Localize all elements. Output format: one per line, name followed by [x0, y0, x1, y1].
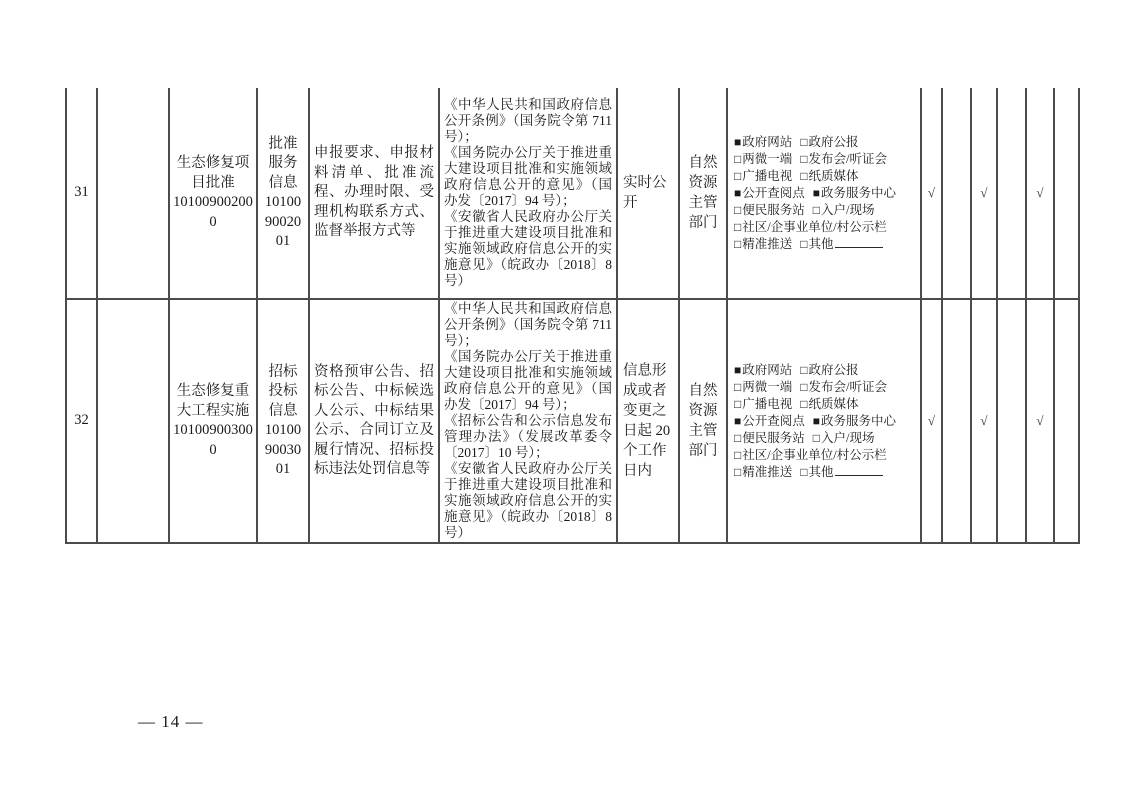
channel-option: □政府公报	[800, 362, 858, 379]
checkbox-checked-icon: ■	[734, 134, 741, 151]
channel-option: □纸质媒体	[800, 168, 858, 185]
checkbox-unchecked-icon: □	[800, 464, 807, 481]
checkbox-unchecked-icon: □	[734, 202, 741, 219]
mark-cell-4	[998, 300, 1027, 544]
blank-underline	[835, 236, 883, 248]
blank-underline	[835, 464, 883, 476]
cell-service-code: 批准服务信息 101009002001	[258, 88, 310, 300]
legal-basis-item: 《招标公告和公示信息发布管理办法》（发展改革委令〔2017〕10 号）；	[444, 413, 612, 461]
cell-sequence-number: 31	[65, 88, 98, 300]
cell-disclosure-timing: 实时公开	[618, 88, 680, 300]
cell-disclosure-channels: ■政府网站□政府公报□两微一端□发布会/听证会□广播电视□纸质媒体■公开查阅点■…	[728, 300, 922, 544]
cell-item-name: 生态修复重大工程实施 101009003000	[170, 300, 258, 544]
channel-option: □精准推送	[734, 236, 792, 253]
channel-option: □精准推送	[734, 464, 792, 481]
channel-line: ■政府网站□政府公报	[734, 362, 917, 379]
channel-line: ■公开查阅点■政务服务中心	[734, 413, 917, 430]
channel-option: ■公开查阅点	[734, 185, 805, 202]
checkbox-unchecked-icon: □	[800, 168, 807, 185]
channel-option: ■政府网站	[734, 134, 792, 151]
channel-option: ■公开查阅点	[734, 413, 805, 430]
channel-option: □入户/现场	[813, 202, 875, 219]
channel-option: ■政府网站	[734, 362, 792, 379]
channel-line: ■公开查阅点■政务服务中心	[734, 185, 917, 202]
legal-basis-item: 《安徽省人民政府办公厅关于推进重大建设项目批准和实施领域政府信息公开的实施意见》…	[444, 209, 612, 289]
cell-sequence-number: 32	[65, 300, 98, 544]
channel-option: □两微一端	[734, 379, 792, 396]
cell-disclosure-content: 资格预审公告、招标公告、中标候选人公示、中标结果公示、合同订立及履行情况、招标投…	[310, 300, 440, 544]
checkbox-unchecked-icon: □	[800, 236, 807, 253]
checkbox-unchecked-icon: □	[800, 396, 807, 413]
channel-line: □社区/企事业单位/村公示栏	[734, 447, 917, 464]
channel-option: □广播电视	[734, 396, 792, 413]
channel-line: □精准推送□其他	[734, 464, 917, 481]
channel-line: ■政府网站□政府公报	[734, 134, 917, 151]
cell-category	[98, 300, 170, 544]
mark-cell-5: √	[1027, 300, 1055, 544]
checkbox-unchecked-icon: □	[734, 236, 741, 253]
channel-line: □社区/企事业单位/村公示栏	[734, 219, 917, 236]
channel-line: □广播电视□纸质媒体	[734, 168, 917, 185]
channel-option: □广播电视	[734, 168, 792, 185]
checkbox-unchecked-icon: □	[734, 396, 741, 413]
mark-cell-3: √	[972, 300, 998, 544]
cell-disclosure-content: 申报要求、申报材料清单、批准流程、办理时限、受理机构联系方式、监督举报方式等	[310, 88, 440, 300]
checkbox-unchecked-icon: □	[734, 447, 741, 464]
channel-option: □便民服务站	[734, 202, 805, 219]
checkbox-unchecked-icon: □	[734, 464, 741, 481]
page-number: — 14 —	[138, 712, 204, 732]
checkbox-unchecked-icon: □	[800, 134, 807, 151]
checkbox-unchecked-icon: □	[734, 430, 741, 447]
channel-option: □其他	[800, 236, 882, 253]
channel-line: □广播电视□纸质媒体	[734, 396, 917, 413]
checkbox-unchecked-icon: □	[800, 151, 807, 168]
checkbox-checked-icon: ■	[734, 362, 741, 379]
mark-cell-5: √	[1027, 88, 1055, 300]
channel-option: □入户/现场	[813, 430, 875, 447]
channel-option: □其他	[800, 464, 882, 481]
channel-line: □两微一端□发布会/听证会	[734, 379, 917, 396]
channel-line: □便民服务站□入户/现场	[734, 430, 917, 447]
channel-option: □发布会/听证会	[800, 151, 887, 168]
mark-cell-6	[1055, 88, 1080, 300]
checkbox-unchecked-icon: □	[813, 430, 820, 447]
checkbox-unchecked-icon: □	[800, 379, 807, 396]
mark-cell-1: √	[922, 88, 943, 300]
checkbox-unchecked-icon: □	[734, 379, 741, 396]
legal-basis-item: 《国务院办公厅关于推进重大建设项目批准和实施领域政府信息公开的意见》（国办发〔2…	[444, 349, 612, 413]
channel-option: ■政务服务中心	[813, 185, 896, 202]
cell-service-code: 招标投标信息 101009003001	[258, 300, 310, 544]
checkbox-unchecked-icon: □	[734, 168, 741, 185]
mark-cell-4	[998, 88, 1027, 300]
channel-option: □社区/企事业单位/村公示栏	[734, 219, 887, 236]
mark-cell-3: √	[972, 88, 998, 300]
channel-line: □精准推送□其他	[734, 236, 917, 253]
mark-cell-2	[943, 300, 972, 544]
legal-basis-item: 《中华人民共和国政府信息公开条例》（国务院令第 711 号）；	[444, 301, 612, 349]
mark-cell-2	[943, 88, 972, 300]
channel-option: □社区/企事业单位/村公示栏	[734, 447, 887, 464]
checkbox-checked-icon: ■	[813, 413, 820, 430]
mark-cell-1: √	[922, 300, 943, 544]
cell-legal-basis: 《中华人民共和国政府信息公开条例》（国务院令第 711 号）；《国务院办公厅关于…	[440, 300, 618, 544]
cell-disclosure-timing: 信息形成或者变更之日起 20 个工作日内	[618, 300, 680, 544]
mark-cell-6	[1055, 300, 1080, 544]
cell-legal-basis: 《中华人民共和国政府信息公开条例》（国务院令第 711 号）；《国务院办公厅关于…	[440, 88, 618, 300]
legal-basis-item: 《国务院办公厅关于推进重大建设项目批准和实施领域政府信息公开的意见》（国办发〔2…	[444, 145, 612, 209]
checkbox-unchecked-icon: □	[734, 151, 741, 168]
channel-line: □便民服务站□入户/现场	[734, 202, 917, 219]
checkbox-unchecked-icon: □	[813, 202, 820, 219]
cell-responsible-department: 自然资源主管部门	[680, 300, 728, 544]
channel-option: □便民服务站	[734, 430, 805, 447]
cell-category	[98, 88, 170, 300]
cell-responsible-department: 自然资源主管部门	[680, 88, 728, 300]
channel-option: □政府公报	[800, 134, 858, 151]
channel-option: □发布会/听证会	[800, 379, 887, 396]
checkbox-unchecked-icon: □	[734, 219, 741, 236]
disclosure-table: 31 生态修复项目批准 101009002000 批准服务信息 10100900…	[65, 88, 1080, 544]
legal-basis-item: 《中华人民共和国政府信息公开条例》（国务院令第 711 号）；	[444, 97, 612, 145]
checkbox-checked-icon: ■	[734, 413, 741, 430]
channel-option: ■政务服务中心	[813, 413, 896, 430]
channel-line: □两微一端□发布会/听证会	[734, 151, 917, 168]
legal-basis-item: 《安徽省人民政府办公厅关于推进重大建设项目批准和实施领域政府信息公开的实施意见》…	[444, 461, 612, 541]
channel-option: □纸质媒体	[800, 396, 858, 413]
cell-item-name: 生态修复项目批准 101009002000	[170, 88, 258, 300]
checkbox-unchecked-icon: □	[800, 362, 807, 379]
cell-disclosure-channels: ■政府网站□政府公报□两微一端□发布会/听证会□广播电视□纸质媒体■公开查阅点■…	[728, 88, 922, 300]
checkbox-checked-icon: ■	[813, 185, 820, 202]
channel-option: □两微一端	[734, 151, 792, 168]
checkbox-checked-icon: ■	[734, 185, 741, 202]
